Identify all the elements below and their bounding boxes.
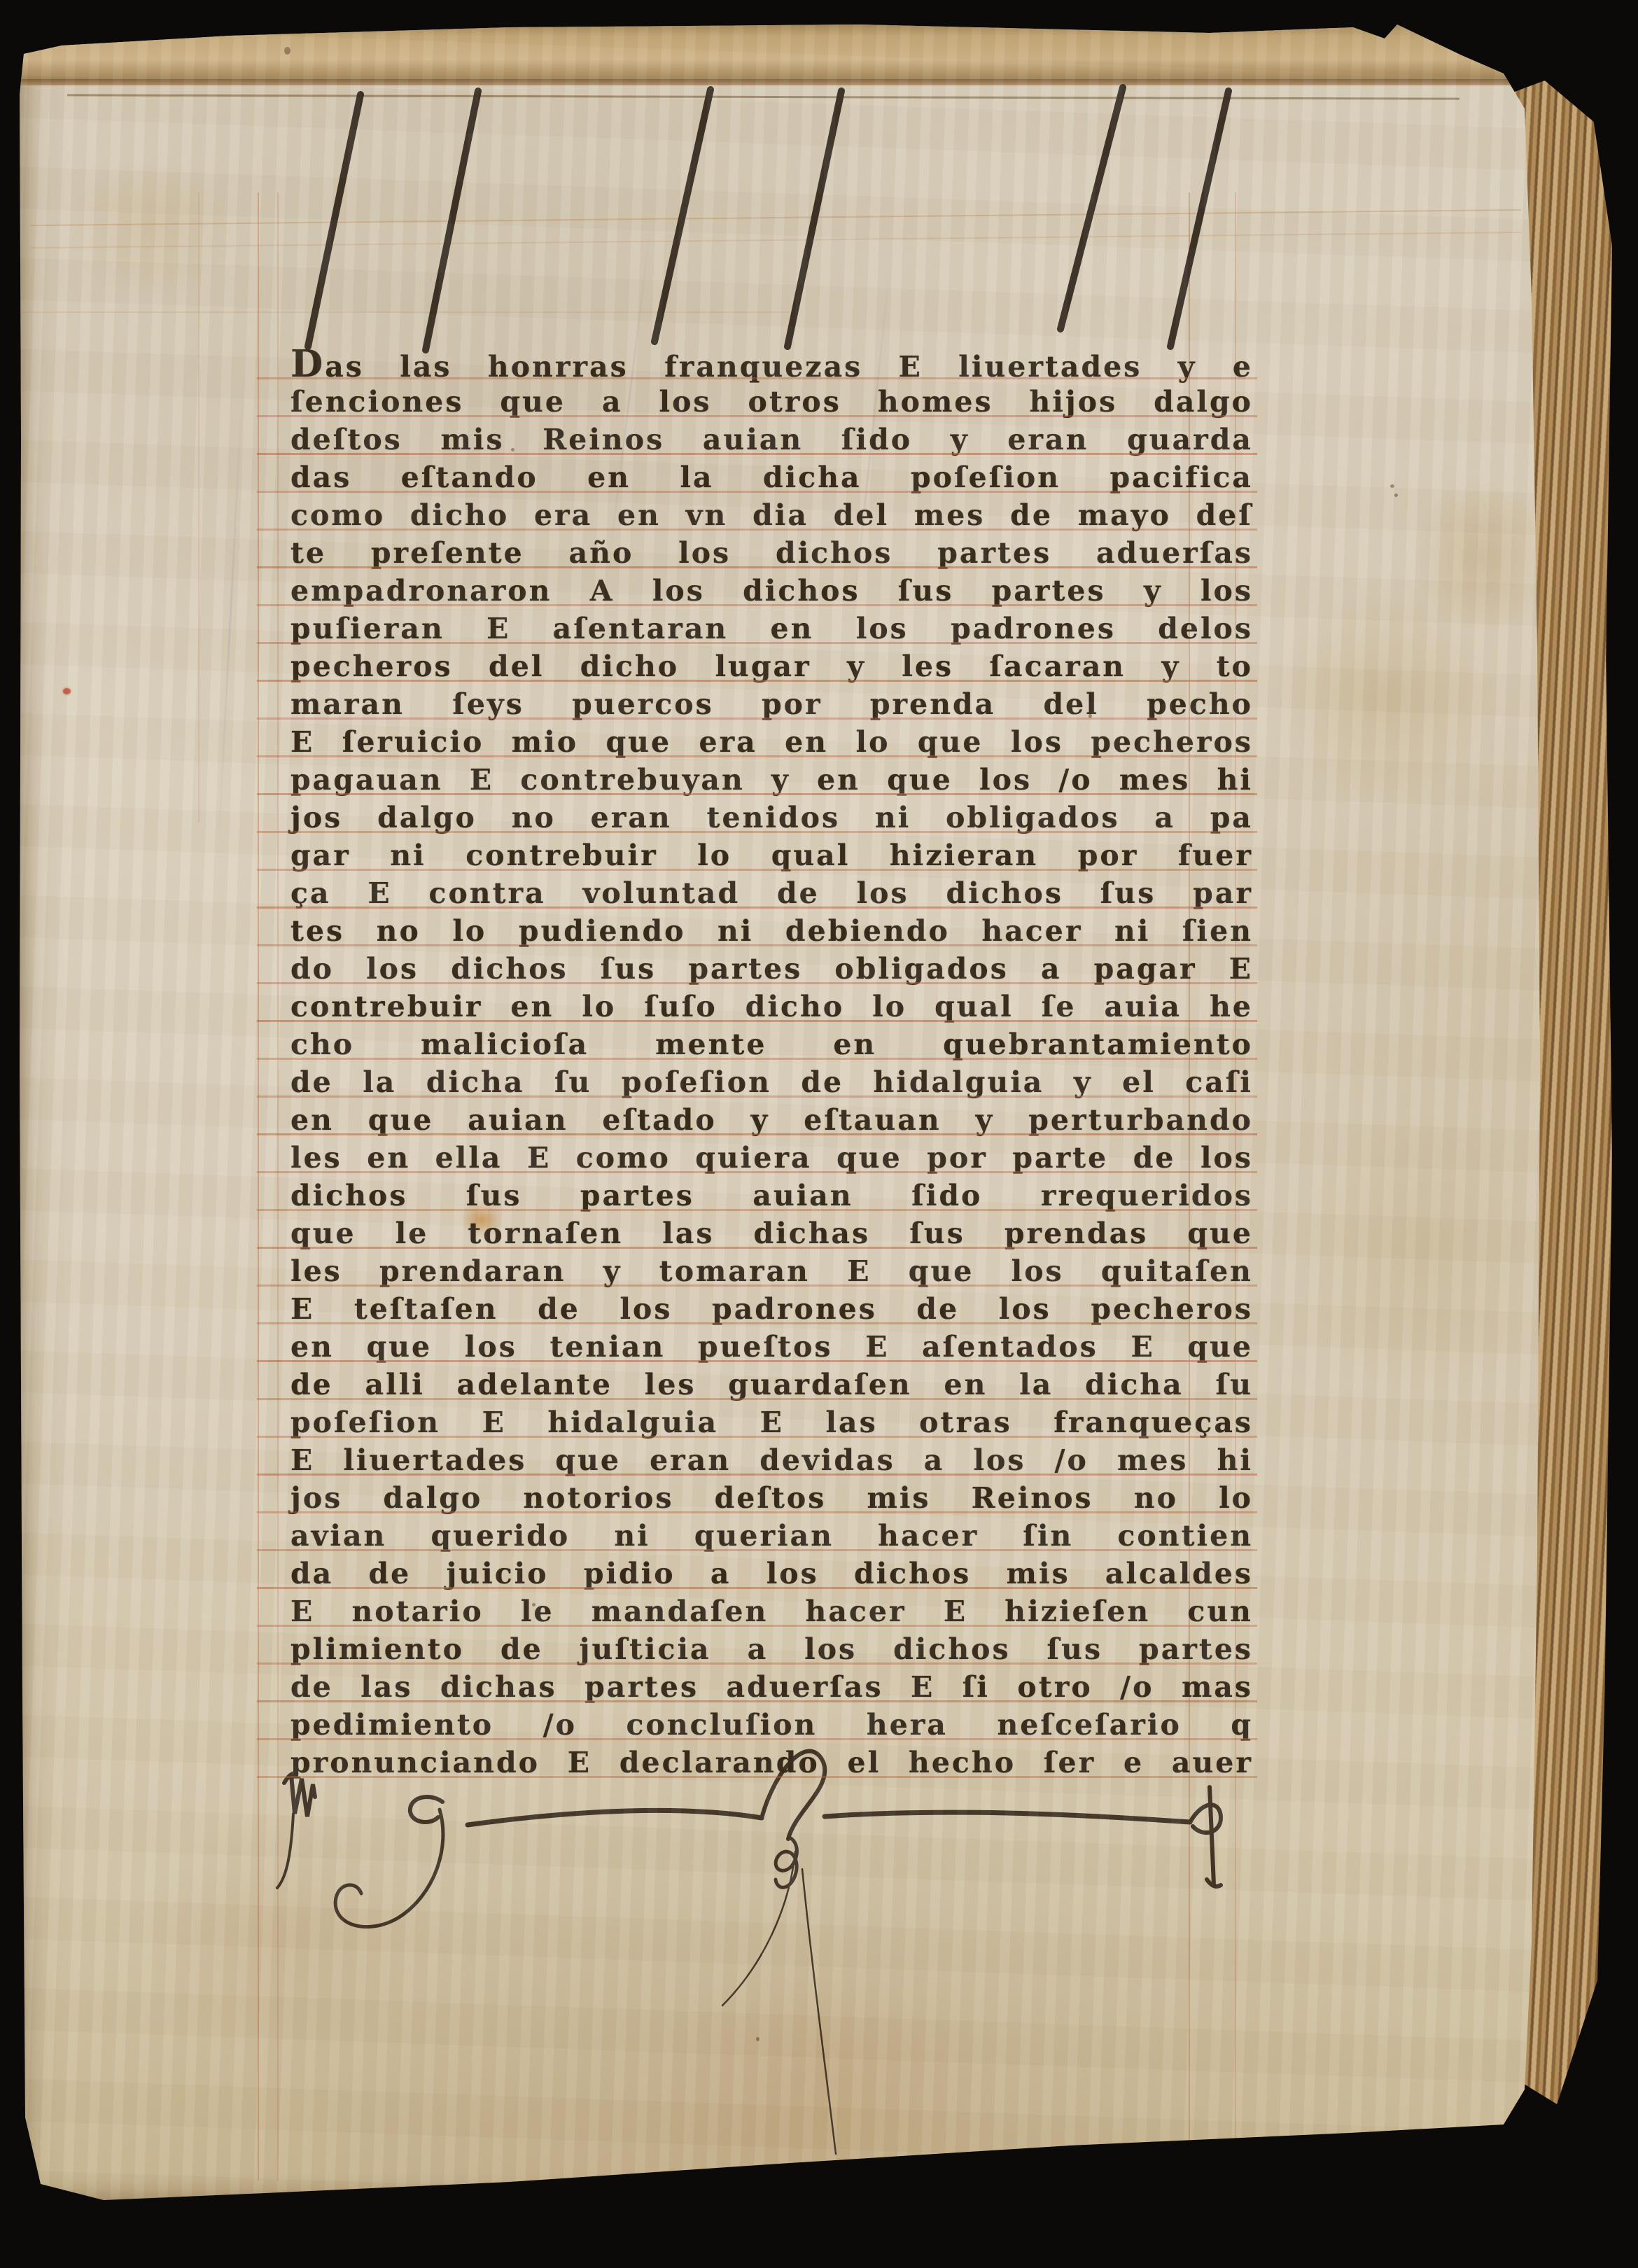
cancellation-stroke	[654, 90, 710, 342]
cancellation-stroke	[1170, 91, 1228, 346]
text-line: de alli adelante les guardaſen en la dic…	[290, 1366, 1253, 1403]
stain	[62, 157, 244, 297]
text-line: en que auian eſtado y eſtauan y perturba…	[290, 1101, 1253, 1139]
text-line: E liuertades que eran devidas a los /o m…	[290, 1441, 1253, 1479]
text-line: deſtos mis Reinos auian ſido y eran guar…	[290, 421, 1253, 458]
cancellation-stroke	[308, 94, 360, 346]
photograph-black-backdrop: { "document": { "kind_label": "medieval …	[0, 0, 1638, 2268]
speck	[756, 2037, 759, 2041]
text-line: te preſente año los dichos partes aduerſ…	[290, 534, 1253, 572]
cancellation-strokes	[308, 87, 1228, 350]
text-line: E notario le mandaſen hacer E hizieſen c…	[290, 1592, 1253, 1630]
text-line: E ſeruicio mio que era en lo que los pec…	[290, 723, 1253, 761]
text-line: de las dichas partes aduerſas E ſi otro …	[290, 1668, 1253, 1706]
flourish-terminal-loop	[1190, 1805, 1221, 1833]
text-line: jos dalgo no eran tenidos ni obligados a…	[290, 799, 1253, 836]
speck	[1390, 484, 1394, 488]
ruling-horizontal-top-2	[30, 232, 1521, 248]
text-line: ça E contra voluntad de los dichos ſus p…	[290, 874, 1253, 912]
ruling-horizontal-top-3	[20, 311, 790, 313]
text-line: do los dichos ſus partes obligados a pag…	[290, 950, 1253, 988]
stain	[1294, 1109, 1546, 1403]
ruling-vertical-faint	[198, 192, 199, 822]
text-line: pedimiento /o concluſion hera neſceſario…	[290, 1706, 1253, 1744]
text-line: empadronaron A los dichos ſus partes y l…	[290, 572, 1253, 610]
text-line: ſenciones que a los otros homes hijos da…	[290, 383, 1253, 421]
text-line: avian querido ni querian hacer ſin conti…	[290, 1517, 1253, 1555]
text-line: poſeſion E hidalguia E las otras franque…	[290, 1403, 1253, 1441]
stain	[1273, 591, 1497, 801]
ruling-horizontal-top	[30, 209, 1521, 226]
flourish-hook-arc	[335, 1809, 443, 1927]
top-fold-crease	[20, 79, 1602, 85]
text-line: gar ni contrebuir lo qual hizieran por f…	[290, 836, 1253, 874]
flourish-descender-left	[722, 1851, 795, 2005]
page-top-fold	[20, 17, 1602, 79]
flourish-descender-right	[802, 1869, 836, 2154]
stain	[650, 1949, 1014, 2215]
wrinkle-streak	[217, 367, 245, 857]
manuscript-page: Das las honrras franquezas E liuertades …	[20, 17, 1602, 2212]
flourish-rule-right	[825, 1812, 1190, 1822]
flourish-terminal-stem	[1207, 1787, 1221, 1886]
text-line: que le tornaſen las dichas ſus prendas q…	[290, 1214, 1253, 1252]
stain	[139, 1809, 433, 2061]
text-line: cho malicioſa mente en quebrantamiento	[290, 1025, 1253, 1063]
cancellation-stroke	[1060, 87, 1123, 329]
bottom-flourish	[277, 1751, 1221, 2154]
text-line: contrebuir en lo ſuſo dicho lo qual ſe a…	[290, 988, 1253, 1025]
text-line: pecheros del dicho lugar y les ſacaran y…	[290, 647, 1253, 685]
flourish-left-tail	[277, 1814, 293, 1888]
margin-dot	[63, 688, 71, 694]
text-line: plimiento de juſticia a los dichos ſus p…	[290, 1630, 1253, 1668]
flourish-knot	[776, 1837, 797, 1887]
text-line: puſieran E aſentaran en los padrones del…	[290, 610, 1253, 647]
text-line: dichos ſus partes auian ſido rrequeridos	[290, 1177, 1253, 1214]
text-block: Das las honrras franquezas E liuertades …	[290, 345, 1253, 1781]
text-line: tes no lo pudiendo ni debiendo hacer ni …	[290, 912, 1253, 950]
text-line: Das las honrras franquezas E liuertades …	[290, 345, 1253, 383]
cancellation-stroke	[787, 91, 841, 346]
text-line: en que los tenian pueſtos E aſentados E …	[290, 1328, 1253, 1366]
speck	[1394, 493, 1398, 497]
cancellation-stroke	[426, 91, 478, 350]
text-line: E teſtaſen de los padrones de los pecher…	[290, 1290, 1253, 1328]
text-line: pagauan E contrebuyan y en que los /o me…	[290, 761, 1253, 799]
top-fold-crease-2	[67, 94, 1459, 99]
text-line: de la dicha ſu poſeſion de hidalguia y e…	[290, 1063, 1253, 1101]
text-line: jos dalgo notorios deſtos mis Reinos no …	[290, 1479, 1253, 1517]
text-line: como dicho era en vn dia del mes de mayo…	[290, 496, 1253, 534]
text-line: les prendaran y tomaran E que los quitaſ…	[290, 1252, 1253, 1290]
text-line: da de juicio pidio a los dichos mis alca…	[290, 1555, 1253, 1592]
text-line: pronunciando E declarando el hecho ſer e…	[290, 1744, 1253, 1781]
stain	[1413, 479, 1553, 633]
flourish-rule-left	[468, 1810, 762, 1825]
flourish-hook	[410, 1797, 442, 1822]
text-line: maran ſeys puercos por prenda del pecho	[290, 685, 1253, 723]
text-line: les en ella E como quiera que por parte …	[290, 1139, 1253, 1177]
text-line: das eſtando en la dicha poſeſion pacific…	[290, 458, 1253, 496]
